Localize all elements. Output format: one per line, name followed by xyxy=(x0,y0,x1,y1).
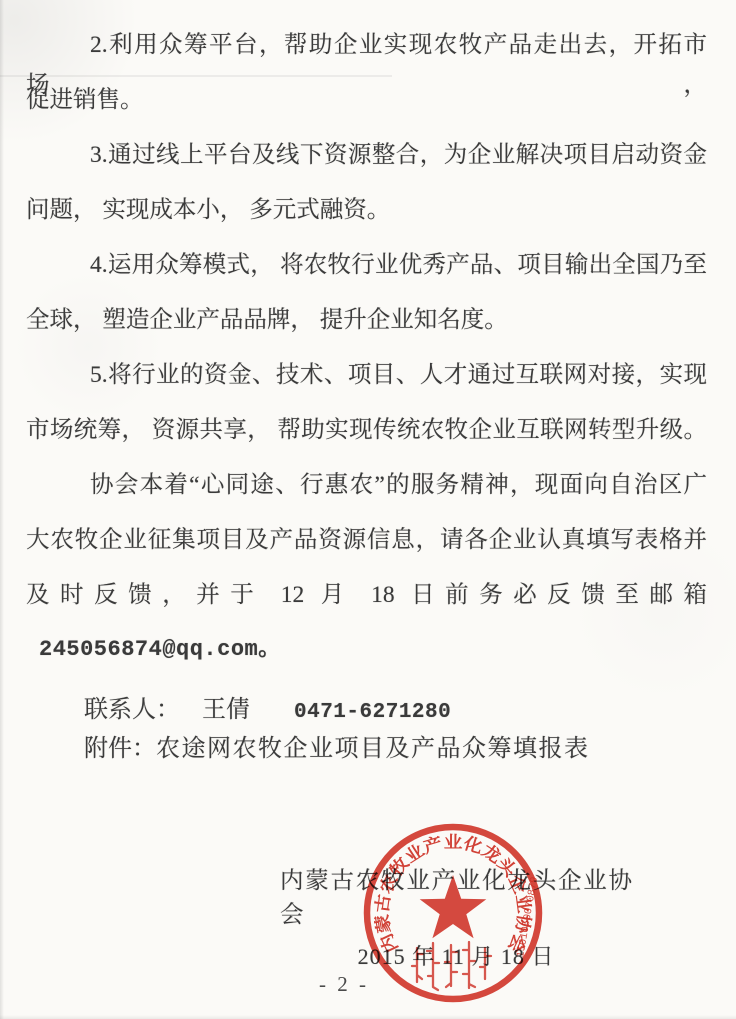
scan-edge-shadow-bottom xyxy=(0,1015,736,1019)
body-line: 2.利用众筹平台，帮助企业实现农牧产品走出去，开拓市场， xyxy=(26,25,707,80)
contact-name: 王倩 xyxy=(202,697,250,723)
document-body: 2.利用众筹平台，帮助企业实现农牧产品走出去，开拓市场， 促进销售。 3.通过线… xyxy=(26,25,707,685)
attachment-line: 附件：农途网农牧企业项目及产品众筹填报表 xyxy=(84,733,664,772)
body-line: 协会本着“心同途、行惠农”的服务精神，现面向自治区广 xyxy=(26,465,707,520)
contact-block: 联系人：王倩0471-6271280 附件：农途网农牧企业项目及产品众筹填报表 xyxy=(84,694,664,772)
seal-mongolian-script xyxy=(412,942,491,990)
body-line: 4.运用众筹模式， 将农牧行业优秀产品、项目输出全国乃至 xyxy=(26,245,707,300)
body-line: 市场统筹， 资源共享， 帮助实现传统农牧企业互联网转型升级。 xyxy=(26,410,707,465)
body-line: 问题， 实现成本小， 多元式融资。 xyxy=(26,190,707,245)
body-line: 大农牧企业征集项目及产品资源信息，请各企业认真填写表格并 xyxy=(26,520,707,575)
page-number: - 2 - xyxy=(296,972,392,997)
scan-edge-shadow-left xyxy=(0,0,4,1019)
contact-phone: 0471-6271280 xyxy=(294,701,451,724)
body-line: 全球， 塑造企业产品品牌， 提升企业知名度。 xyxy=(26,300,707,355)
seal-star-icon xyxy=(420,875,487,938)
attachment-title: 农途网农牧企业项目及产品众筹填报表 xyxy=(156,736,590,762)
email-address: 245056874@qq.com。 xyxy=(26,630,707,685)
body-line: 5.将行业的资金、技术、项目、人才通过互联网对接，实现 xyxy=(26,355,707,410)
body-line: 及时反馈，并于 12 月 18 日前务必反馈至邮箱 xyxy=(26,575,707,630)
scanned-document-page: 2.利用众筹平台，帮助企业实现农牧产品走出去，开拓市场， 促进销售。 3.通过线… xyxy=(0,0,736,1019)
body-line: 3.通过线上平台及线下资源整合，为企业解决项目启动资金 xyxy=(26,135,707,190)
contact-line: 联系人：王倩0471-6271280 xyxy=(84,694,664,733)
contact-label: 联系人： xyxy=(84,697,180,723)
attachment-label: 附件： xyxy=(84,736,156,762)
